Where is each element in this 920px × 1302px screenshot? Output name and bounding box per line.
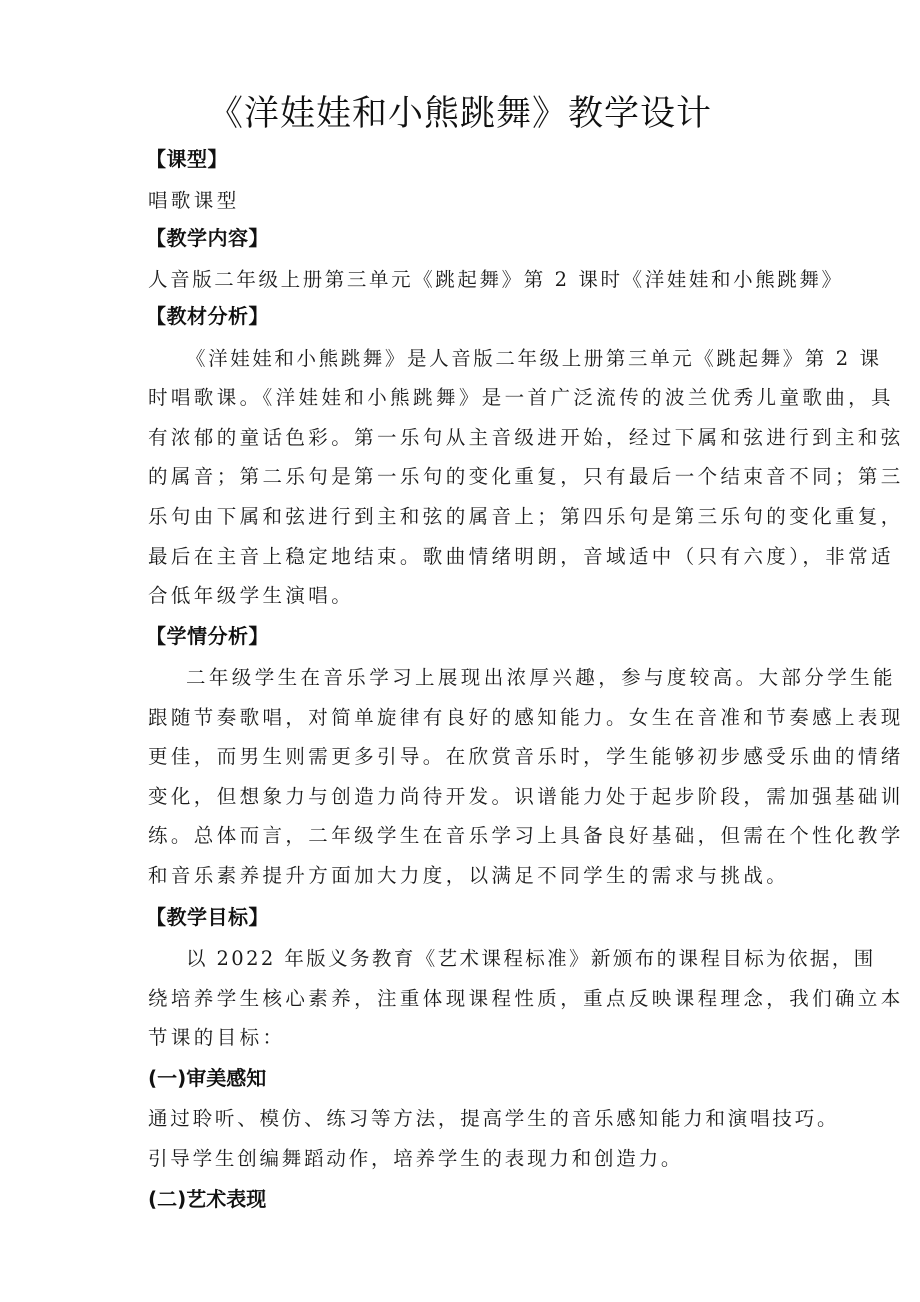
document-page: 《洋娃娃和小熊跳舞》教学设计 【课型】 唱歌课型 【教学内容】 人音版二年级上册… [0,0,920,1302]
paragraph-line: 时唱歌课。《洋娃娃和小熊跳舞》是一首广泛流传的波兰优秀儿童歌曲，具 [148,382,894,410]
subheading-aesthetic-perception: (一)审美感知 [148,1062,266,1091]
heading-student-analysis: 【学情分析】 [146,620,269,649]
content-text: 人音版二年级上册第三单元《跳起舞》第 2 课时《洋娃娃和小熊跳舞》 [148,264,844,292]
paragraph-line: 乐句由下属和弦进行到主和弦的属音上；第四乐句是第三乐句的变化重复， [148,501,904,529]
paragraph-line: 练。总体而言，二年级学生在音乐学习上具备良好基础，但需在个性化教学 [148,820,904,848]
paragraph-line: 绕培养学生核心素养，注重体现课程性质，重点反映课程理念，我们确立本 [148,983,904,1011]
paragraph-line: 合低年级学生演唱。 [148,580,354,608]
paragraph-line: 变化，但想象力与创造力尚待开发。识谱能力处于起步阶段，需加强基础训 [148,781,904,809]
subheading-artistic-expression: (二)艺术表现 [148,1183,266,1212]
paragraph-line: 跟随节奏歌唱，对简单旋律有良好的感知能力。女生在音准和节奏感上表现 [148,702,904,730]
paragraph-line: 有浓郁的童话色彩。第一乐句从主音级进开始，经过下属和弦进行到主和弦 [148,422,904,450]
heading-material-analysis: 【教材分析】 [146,300,269,329]
lesson-type-text: 唱歌课型 [148,185,240,213]
paragraph-line: 最后在主音上稳定地结束。歌曲情绪明朗，音域适中（只有六度），非常适 [148,541,894,569]
paragraph-line: 和音乐素养提升方面加大力度，以满足不同学生的需求与挑战。 [148,860,789,888]
paragraph-line: 以 2022 年版义务教育《艺术课程标准》新颁布的课程目标为依据，围 [186,943,876,971]
paragraph-line: 的属音；第二乐句是第一乐句的变化重复，只有最后一个结束音不同；第三 [148,461,904,489]
heading-content: 【教学内容】 [146,222,269,251]
document-title: 《洋娃娃和小熊跳舞》教学设计 [0,86,920,136]
paragraph-line: 二年级学生在音乐学习上展现出浓厚兴趣，参与度较高。大部分学生能 [186,662,896,690]
paragraph-line: 更佳，而男生则需更多引导。在欣赏音乐时，学生能够初步感受乐曲的情绪 [148,741,904,769]
heading-lesson-type: 【课型】 [146,143,228,172]
paragraph-line: 《洋娃娃和小熊跳舞》是人音版二年级上册第三单元《跳起舞》第 2 课 [186,343,882,371]
paragraph-line: 节课的目标： [148,1022,285,1050]
paragraph-line: 引导学生创编舞蹈动作，培养学生的表现力和创造力。 [148,1143,683,1171]
heading-objectives: 【教学目标】 [146,901,269,930]
paragraph-line: 通过聆听、模仿、练习等方法，提高学生的音乐感知能力和演唱技巧。 [148,1103,839,1131]
